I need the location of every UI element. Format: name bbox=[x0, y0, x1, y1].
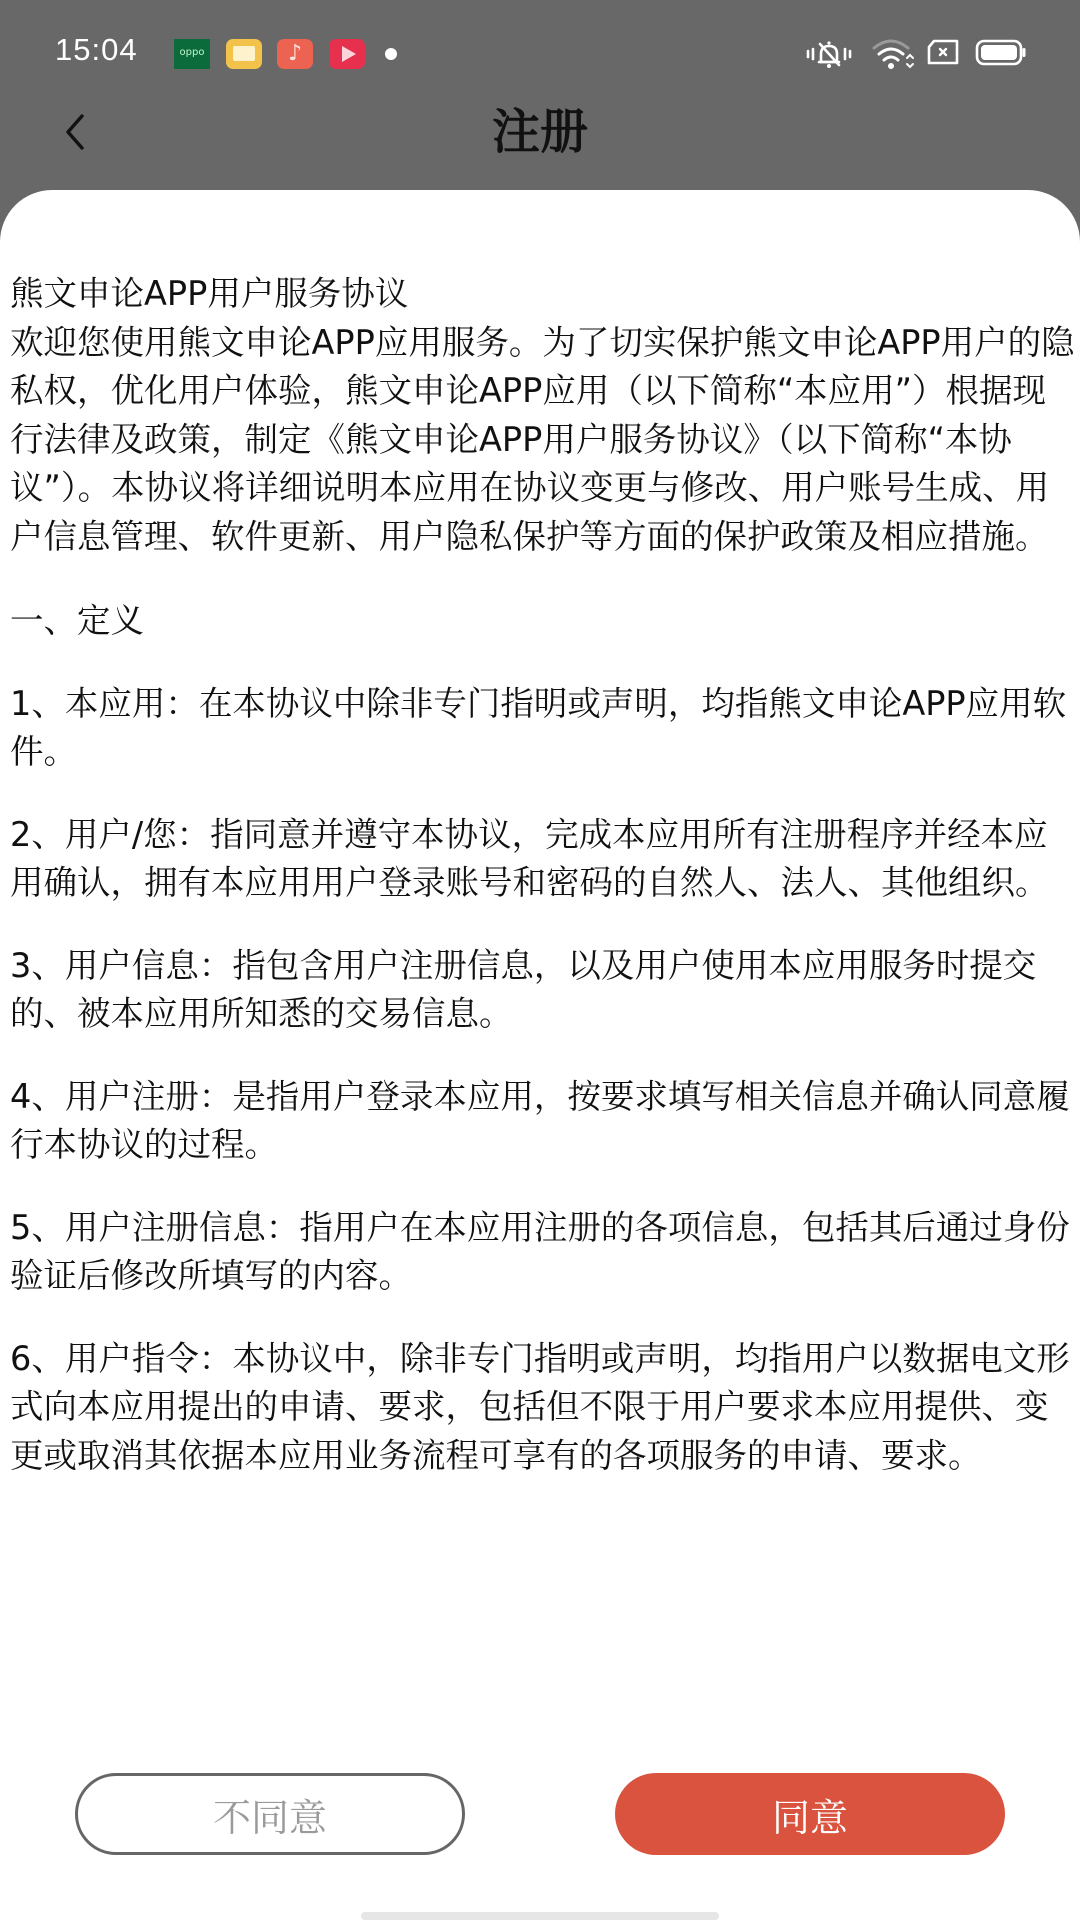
definition-item: 6、用户指令：本协议中，除非专门指明或声明，均指用户以数据电文形式向本应用提出的… bbox=[10, 1335, 1076, 1481]
definition-item: 2、用户/您：指同意并遵守本协议，完成本应用所有注册程序并经本应用确认，拥有本应… bbox=[10, 811, 1076, 908]
definition-item: 4、用户注册：是指用户登录本应用，按要求填写相关信息并确认同意履行本协议的过程。 bbox=[10, 1073, 1076, 1170]
music-icon: ♪ bbox=[277, 39, 313, 69]
wifi-icon bbox=[872, 38, 916, 72]
status-time: 15:04 bbox=[55, 32, 138, 68]
agreement-intro: 欢迎您使用熊文申论APP应用服务。为了切实保护熊文申论APP用户的隐私权，优化用… bbox=[10, 319, 1076, 562]
video-icon bbox=[329, 39, 365, 69]
status-bar: 15:04 oppo ♪ bbox=[0, 0, 1080, 100]
definition-item: 5、用户注册信息：指用户在本应用注册的各项信息，包括其后通过身份验证后修改所填写… bbox=[10, 1204, 1076, 1301]
app-header: 注册 bbox=[0, 100, 1080, 200]
oppo-icon: oppo bbox=[174, 39, 210, 69]
page-title: 注册 bbox=[0, 100, 1080, 164]
definition-item: 3、用户信息：指包含用户注册信息，以及用户使用本应用服务时提交的、被本应用所知悉… bbox=[10, 942, 1076, 1039]
battery-icon bbox=[975, 39, 1027, 67]
agreement-sheet: 熊文申论APP用户服务协议 欢迎您使用熊文申论APP应用服务。为了切实保护熊文申… bbox=[0, 190, 1080, 1920]
oppo-label: oppo bbox=[174, 47, 210, 58]
section-heading: 一、定义 bbox=[10, 597, 1076, 646]
book-icon bbox=[226, 39, 262, 69]
definition-item: 1、本应用：在本协议中除非专门指明或声明，均指熊文申论APP应用软件。 bbox=[10, 680, 1076, 777]
agreement-scroll-area[interactable]: 熊文申论APP用户服务协议 欢迎您使用熊文申论APP应用服务。为了切实保护熊文申… bbox=[10, 270, 1076, 1480]
more-dot-icon bbox=[385, 48, 397, 60]
disagree-button[interactable]: 不同意 bbox=[75, 1773, 465, 1855]
sim-absent-icon bbox=[927, 38, 959, 66]
agree-button[interactable]: 同意 bbox=[615, 1773, 1005, 1855]
home-indicator[interactable] bbox=[361, 1912, 719, 1920]
agreement-title: 熊文申论APP用户服务协议 bbox=[10, 270, 1076, 319]
silent-bell-icon bbox=[806, 38, 852, 70]
